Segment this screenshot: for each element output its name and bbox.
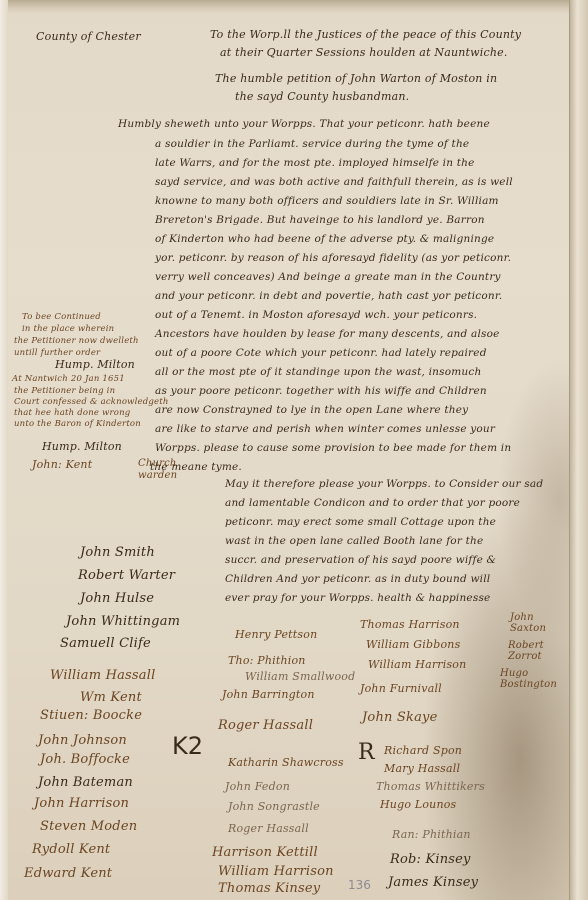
- margin-signature: Hump. Milton: [55, 358, 135, 371]
- signature: John Bateman: [38, 775, 133, 790]
- margin-line: in the place wherein: [22, 324, 114, 334]
- prayer-line: wast in the open lane called Booth lane …: [225, 535, 483, 547]
- margin-line: To bee Continued: [22, 312, 101, 322]
- body-line: yor. peticonr. by reason of his aforesay…: [155, 252, 511, 264]
- body-line: all or the most pte of it standinge upon…: [155, 366, 481, 378]
- signature: John Skaye: [362, 710, 438, 725]
- signature: William Smallwood: [245, 670, 355, 683]
- signature: John Songrastle: [228, 800, 320, 813]
- signature: Thomas Harrison: [360, 618, 460, 631]
- signature: Samuell Clife: [60, 636, 151, 651]
- body-line: are like to starve and perish when winte…: [155, 423, 495, 435]
- signature: William Gibbons: [366, 638, 460, 651]
- county-heading: County of Chester: [36, 30, 141, 43]
- page-left-edge: [0, 0, 8, 900]
- body-line: Humbly sheweth unto your Worpps. That yo…: [118, 118, 490, 130]
- prayer-line: succr. and preservation of his sayd poor…: [225, 554, 496, 566]
- prayer-line: Children And yor peticonr. as in duty bo…: [225, 573, 490, 585]
- body-line: a souldier in the Parliamt. service duri…: [155, 138, 469, 150]
- signature: Rydoll Kent: [32, 842, 110, 857]
- body-line: Worpps. please to cause some provision t…: [155, 442, 511, 454]
- body-line: as your poore peticonr. together with hi…: [155, 385, 487, 397]
- manuscript-page: County of Chester To the Worp.ll the Jus…: [0, 0, 588, 900]
- signature: Wm Kent: [80, 690, 142, 705]
- signature: John Whittingam: [66, 614, 180, 629]
- signature: James Kinsey: [388, 875, 478, 890]
- body-line: verry well conceaves) And beinge a great…: [155, 271, 501, 283]
- body-line: knowne to many both officers and souldie…: [155, 195, 499, 207]
- margin-line: unto the Baron of Kinderton: [14, 419, 141, 429]
- signature: Roger Hassall: [218, 718, 313, 733]
- signature: Hugo Bostington: [500, 668, 580, 690]
- signature-kent: John: Kent: [32, 458, 92, 471]
- prayer-line: May it therefore please your Worpps. to …: [225, 478, 543, 490]
- signature: Richard Spon: [384, 744, 462, 757]
- margin-line: At Nantwich 20 Jan 1651: [12, 374, 125, 384]
- body-line: and your peticonr. in debt and povertie,…: [155, 290, 502, 302]
- signature: Rob: Kinsey: [390, 852, 471, 867]
- address-line-1: To the Worp.ll the Justices of the peace…: [210, 28, 521, 41]
- margin-line: untill further order: [14, 348, 100, 358]
- margin-line: the Petitioner being in: [14, 386, 115, 396]
- signature: William Harrison: [368, 658, 466, 671]
- signature: Ran: Phithian: [392, 828, 471, 841]
- body-line: out of a poore Cote which your peticonr.…: [155, 347, 487, 359]
- body-line: of Kinderton who had beene of the advers…: [155, 233, 494, 245]
- signature: Harrison Kettill: [212, 845, 318, 860]
- signature: John Barrington: [222, 688, 315, 701]
- signature: Stiuen: Boocke: [40, 708, 142, 723]
- signature: Robert Zorrot: [508, 640, 568, 662]
- petitioner-line-1: The humble petition of John Warton of Mo…: [215, 72, 497, 85]
- signature: Steven Moden: [40, 819, 137, 834]
- signature: William Harrison: [218, 864, 334, 879]
- petitioner-line-2: the sayd County husbandman.: [235, 90, 409, 103]
- margin-line: that hee hath done wrong: [14, 408, 130, 418]
- signature: John Smith: [80, 545, 155, 560]
- signature: John Harrison: [34, 796, 129, 811]
- signature: Thomas Kinsey: [218, 881, 320, 896]
- signature: Roger Hassall: [228, 822, 309, 835]
- signature: Edward Kent: [24, 866, 112, 881]
- prayer-line: and lamentable Condicon and to order tha…: [225, 497, 520, 509]
- prayer-line: peticonr. may erect some small Cottage u…: [225, 516, 496, 528]
- signature: John Saxton: [510, 612, 570, 634]
- signature: Hugo Lounos: [380, 798, 456, 811]
- page-binding-edge: [569, 0, 588, 900]
- prayer-line: ever pray for your Worpps. health & happ…: [225, 592, 490, 604]
- signature: Mary Hassall: [384, 762, 460, 775]
- signature: William Hassall: [50, 668, 155, 683]
- body-line: out of a Tenemt. in Moston aforesayd wch…: [155, 309, 477, 321]
- body-line: are now Constrayned to lye in the open L…: [155, 404, 468, 416]
- page-top-edge: [0, 0, 588, 14]
- signature: Robert Warter: [78, 568, 175, 583]
- signature: Tho: Phithion: [228, 654, 306, 667]
- address-line-2: at their Quarter Sessions houlden at Nau…: [220, 46, 508, 59]
- signature: Henry Pettson: [235, 628, 317, 641]
- signature: John Johnson: [38, 733, 127, 748]
- k2-mark: K2: [172, 732, 203, 760]
- body-line: sayd service, and was both active and fa…: [155, 176, 513, 188]
- signature-milton: Hump. Milton: [42, 440, 122, 453]
- signature: Thomas Whittikers: [376, 780, 485, 793]
- folio-number: 136: [348, 878, 371, 892]
- signature: Katharin Shawcross: [228, 756, 344, 769]
- signature: John Furnivall: [360, 682, 442, 695]
- margin-line: the Petitioner now dwelleth: [14, 336, 139, 346]
- body-line: late Warrs, and for the most pte. imploy…: [155, 157, 475, 169]
- signature: John Hulse: [80, 591, 154, 606]
- margin-line: Court confessed & acknowledgeth: [14, 397, 169, 407]
- signature: Joh. Boffocke: [40, 752, 130, 767]
- body-line: Ancestors have houlden by lease for many…: [155, 328, 500, 340]
- signature: John Fedon: [225, 780, 290, 793]
- church-warden-role: Church warden: [138, 458, 178, 482]
- body-line: Brereton's Brigade. But haveinge to his …: [155, 214, 485, 226]
- r-mark: R: [358, 740, 375, 765]
